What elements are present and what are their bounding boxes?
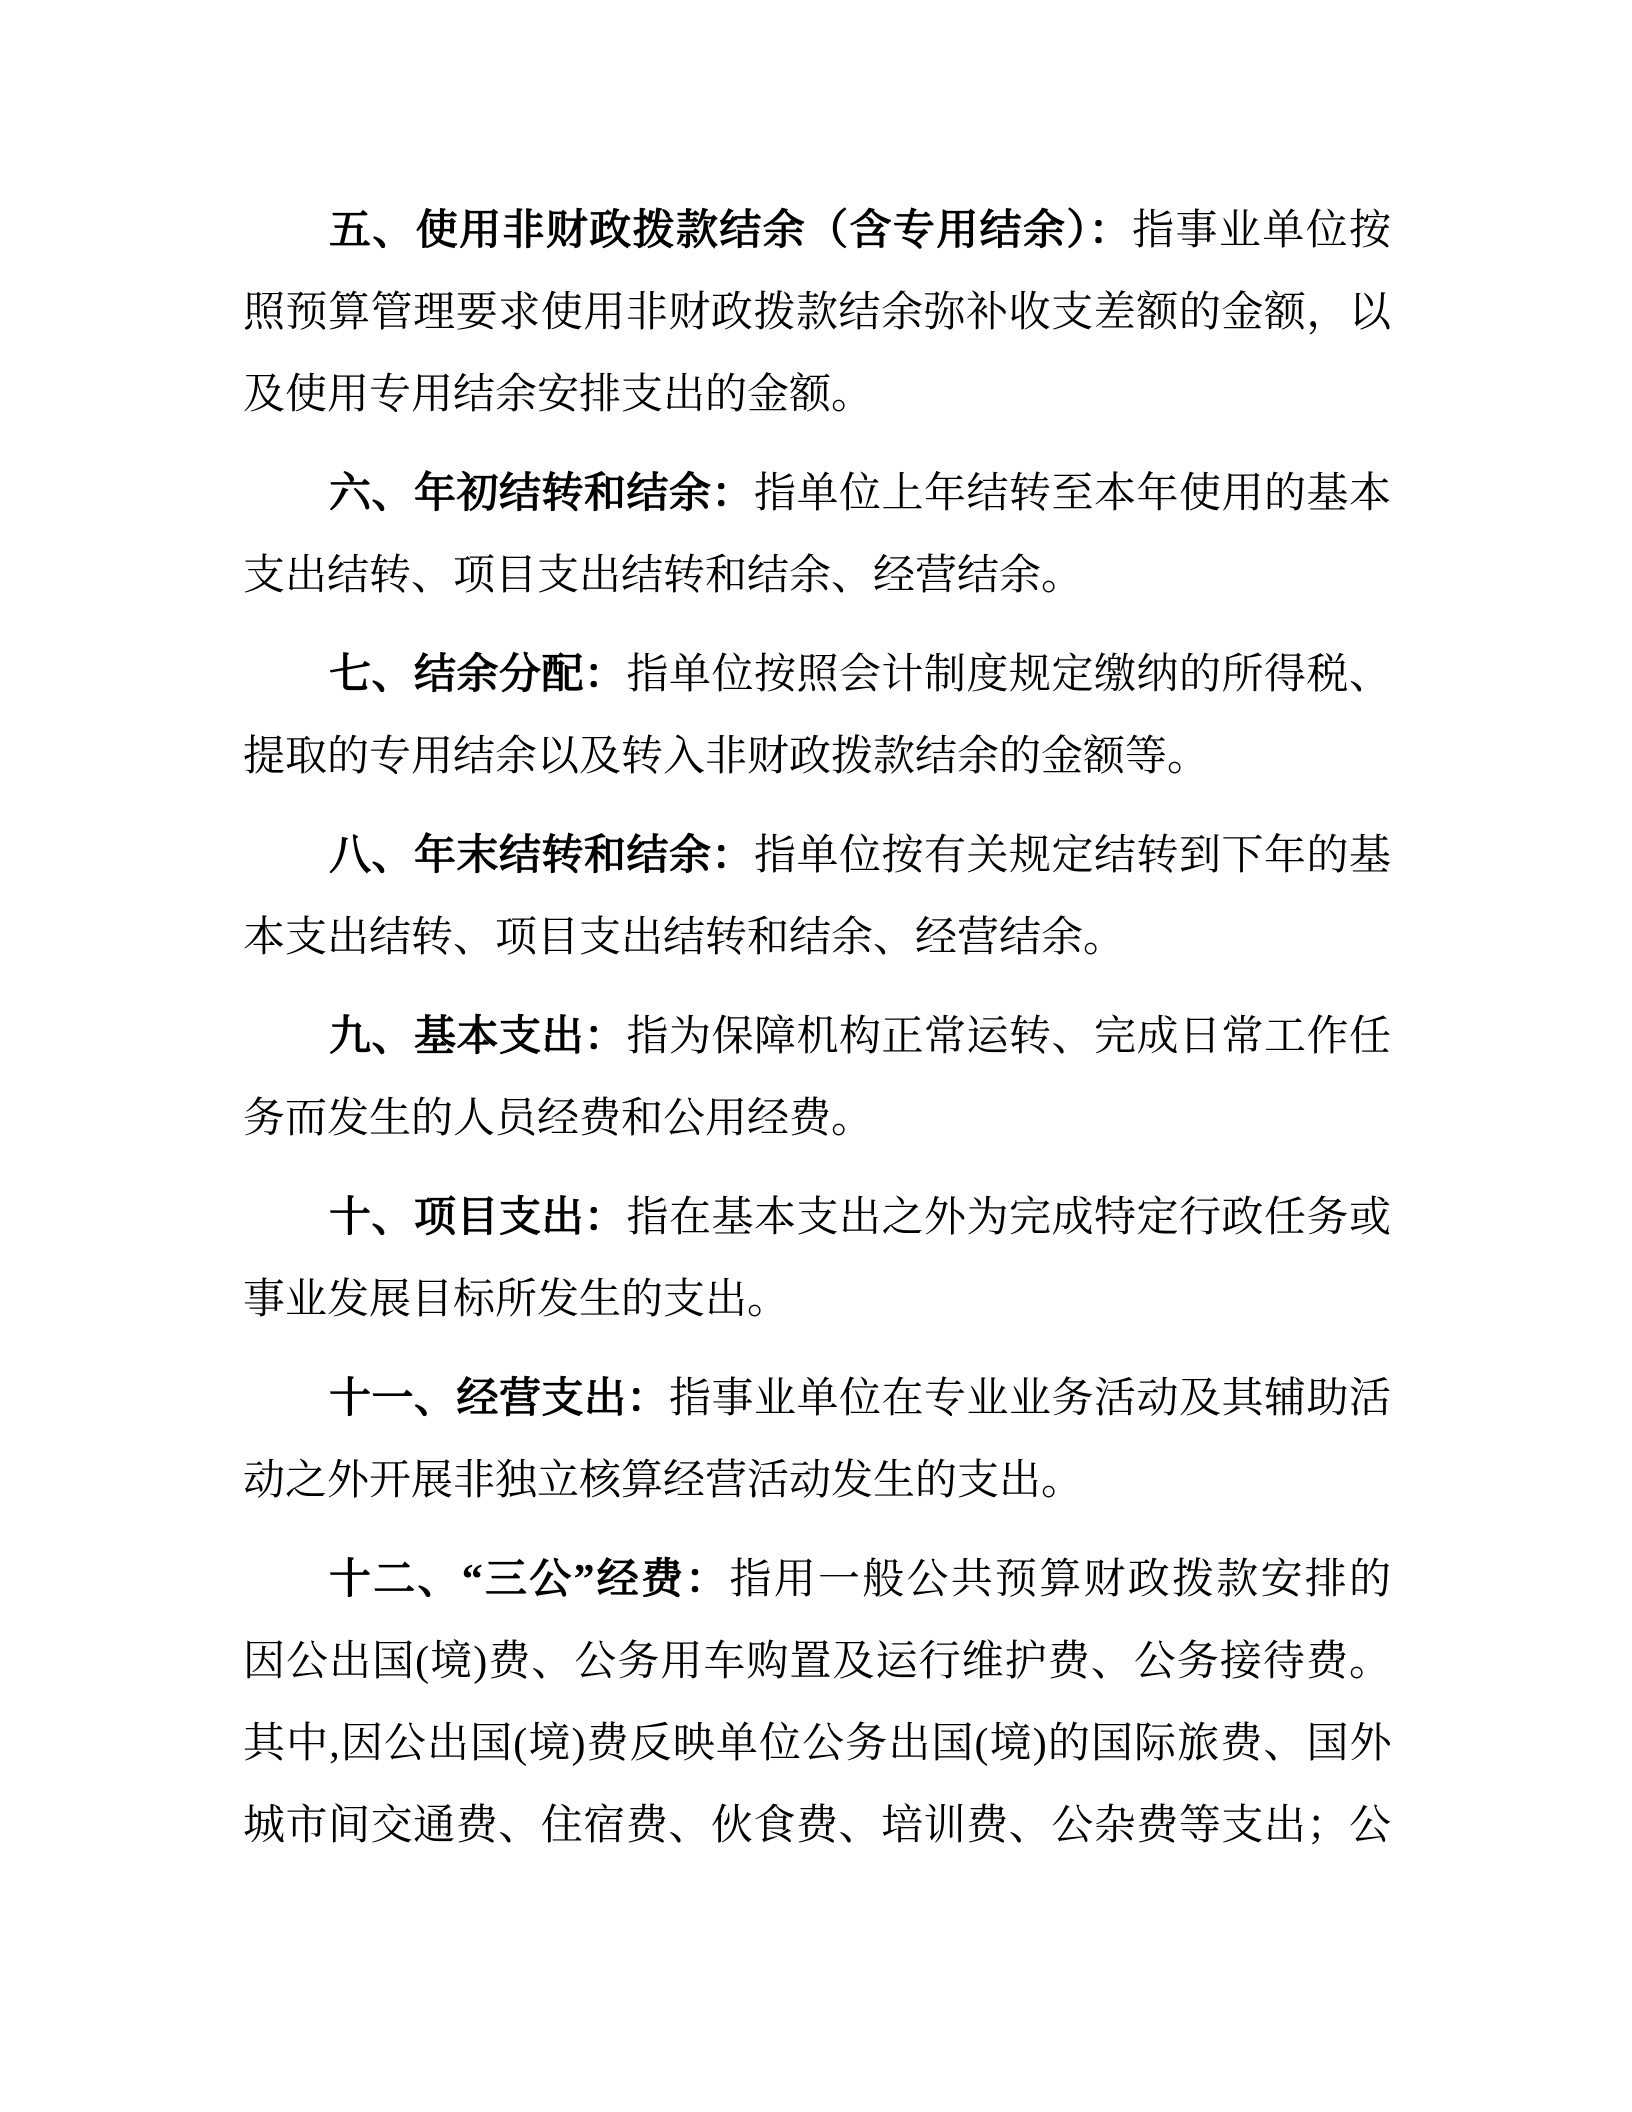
term-label: 十、项目支出： bbox=[329, 1195, 627, 1241]
paragraph-line: 因公出国(境)费、公务用车购置及运行维护费、公务接待费。 bbox=[243, 1621, 1391, 1703]
paragraph: 十、项目支出：指在基本支出之外为完成特定行政任务或事业发展目标所发生的支出。 bbox=[243, 1177, 1391, 1341]
line-text: 指为保障机构正常运转、完成日常工作任 bbox=[627, 1014, 1391, 1060]
paragraph-line: 事业发展目标所发生的支出。 bbox=[243, 1259, 1391, 1341]
paragraph-line: 动之外开展非独立核算经营活动发生的支出。 bbox=[243, 1440, 1391, 1522]
line-text: 因公出国(境)费、公务用车购置及运行维护费、公务接待费。 bbox=[243, 1639, 1391, 1685]
paragraph-line: 提取的专用结余以及转入非财政拨款结余的金额等。 bbox=[243, 716, 1391, 798]
line-text: 指单位上年结转至本年使用的基本 bbox=[754, 471, 1391, 517]
paragraph: 十一、经营支出：指事业单位在专业业务活动及其辅助活动之外开展非独立核算经营活动发… bbox=[243, 1358, 1391, 1522]
line-text: 指单位按有关规定结转到下年的基 bbox=[754, 833, 1391, 879]
paragraph-line: 六、年初结转和结余：指单位上年结转至本年使用的基本 bbox=[243, 453, 1391, 535]
line-text: 指单位按照会计制度规定缴纳的所得税、 bbox=[627, 652, 1391, 698]
paragraph: 五、使用非财政拨款结余（含专用结余）：指事业单位按照预算管理要求使用非财政拨款结… bbox=[243, 190, 1391, 436]
line-text: 支出结转、项目支出结转和结余、经营结余。 bbox=[243, 553, 1083, 599]
paragraph-line: 本支出结转、项目支出结转和结余、经营结余。 bbox=[243, 897, 1391, 979]
term-label: 七、结余分配： bbox=[329, 652, 627, 698]
term-label: 九、基本支出： bbox=[329, 1014, 627, 1060]
paragraph: 八、年末结转和结余：指单位按有关规定结转到下年的基本支出结转、项目支出结转和结余… bbox=[243, 815, 1391, 979]
line-text: 动之外开展非独立核算经营活动发生的支出。 bbox=[243, 1458, 1083, 1504]
line-text: 指事业单位按 bbox=[1132, 208, 1391, 254]
paragraph: 九、基本支出：指为保障机构正常运转、完成日常工作任务而发生的人员经费和公用经费。 bbox=[243, 996, 1391, 1160]
line-text: 指事业单位在专业业务活动及其辅助活 bbox=[669, 1376, 1391, 1422]
paragraph-line: 其中,因公出国(境)费反映单位公务出国(境)的国际旅费、国外 bbox=[243, 1703, 1391, 1785]
line-text: 及使用专用结余安排支出的金额。 bbox=[243, 372, 873, 418]
paragraph: 十二、“三公”经费：指用一般公共预算财政拨款安排的因公出国(境)费、公务用车购置… bbox=[243, 1539, 1391, 1867]
term-label: 十二、“三公”经费： bbox=[329, 1557, 730, 1603]
paragraph-line: 照预算管理要求使用非财政拨款结余弥补收支差额的金额，以 bbox=[243, 272, 1391, 354]
term-label: 十一、经营支出： bbox=[329, 1376, 669, 1422]
paragraph-line: 五、使用非财政拨款结余（含专用结余）：指事业单位按 bbox=[243, 190, 1391, 272]
line-text: 照预算管理要求使用非财政拨款结余弥补收支差额的金额，以 bbox=[243, 290, 1391, 336]
paragraph-line: 支出结转、项目支出结转和结余、经营结余。 bbox=[243, 535, 1391, 617]
paragraph-line: 七、结余分配：指单位按照会计制度规定缴纳的所得税、 bbox=[243, 634, 1391, 716]
paragraph-line: 城市间交通费、住宿费、伙食费、培训费、公杂费等支出；公 bbox=[243, 1785, 1391, 1867]
line-text: 务而发生的人员经费和公用经费。 bbox=[243, 1096, 873, 1142]
term-label: 五、使用非财政拨款结余（含专用结余）： bbox=[329, 208, 1132, 254]
paragraph-line: 十一、经营支出：指事业单位在专业业务活动及其辅助活 bbox=[243, 1358, 1391, 1440]
paragraph-line: 务而发生的人员经费和公用经费。 bbox=[243, 1078, 1391, 1160]
line-text: 城市间交通费、住宿费、伙食费、培训费、公杂费等支出；公 bbox=[243, 1803, 1391, 1849]
paragraph-line: 十、项目支出：指在基本支出之外为完成特定行政任务或 bbox=[243, 1177, 1391, 1259]
paragraph-line: 及使用专用结余安排支出的金额。 bbox=[243, 354, 1391, 436]
document-body: 五、使用非财政拨款结余（含专用结余）：指事业单位按照预算管理要求使用非财政拨款结… bbox=[243, 190, 1391, 1884]
paragraph: 六、年初结转和结余：指单位上年结转至本年使用的基本支出结转、项目支出结转和结余、… bbox=[243, 453, 1391, 617]
line-text: 事业发展目标所发生的支出。 bbox=[243, 1277, 789, 1323]
line-text: 本支出结转、项目支出结转和结余、经营结余。 bbox=[243, 915, 1125, 961]
paragraph-line: 十二、“三公”经费：指用一般公共预算财政拨款安排的 bbox=[243, 1539, 1391, 1621]
line-text: 其中,因公出国(境)费反映单位公务出国(境)的国际旅费、国外 bbox=[243, 1721, 1391, 1767]
term-label: 六、年初结转和结余： bbox=[329, 471, 754, 517]
paragraph: 七、结余分配：指单位按照会计制度规定缴纳的所得税、提取的专用结余以及转入非财政拨… bbox=[243, 634, 1391, 798]
paragraph-line: 八、年末结转和结余：指单位按有关规定结转到下年的基 bbox=[243, 815, 1391, 897]
line-text: 提取的专用结余以及转入非财政拨款结余的金额等。 bbox=[243, 734, 1209, 780]
line-text: 指用一般公共预算财政拨款安排的 bbox=[730, 1557, 1391, 1603]
line-text: 指在基本支出之外为完成特定行政任务或 bbox=[627, 1195, 1391, 1241]
document-page: 五、使用非财政拨款结余（含专用结余）：指事业单位按照预算管理要求使用非财政拨款结… bbox=[0, 0, 1632, 2112]
paragraph-line: 九、基本支出：指为保障机构正常运转、完成日常工作任 bbox=[243, 996, 1391, 1078]
term-label: 八、年末结转和结余： bbox=[329, 833, 754, 879]
